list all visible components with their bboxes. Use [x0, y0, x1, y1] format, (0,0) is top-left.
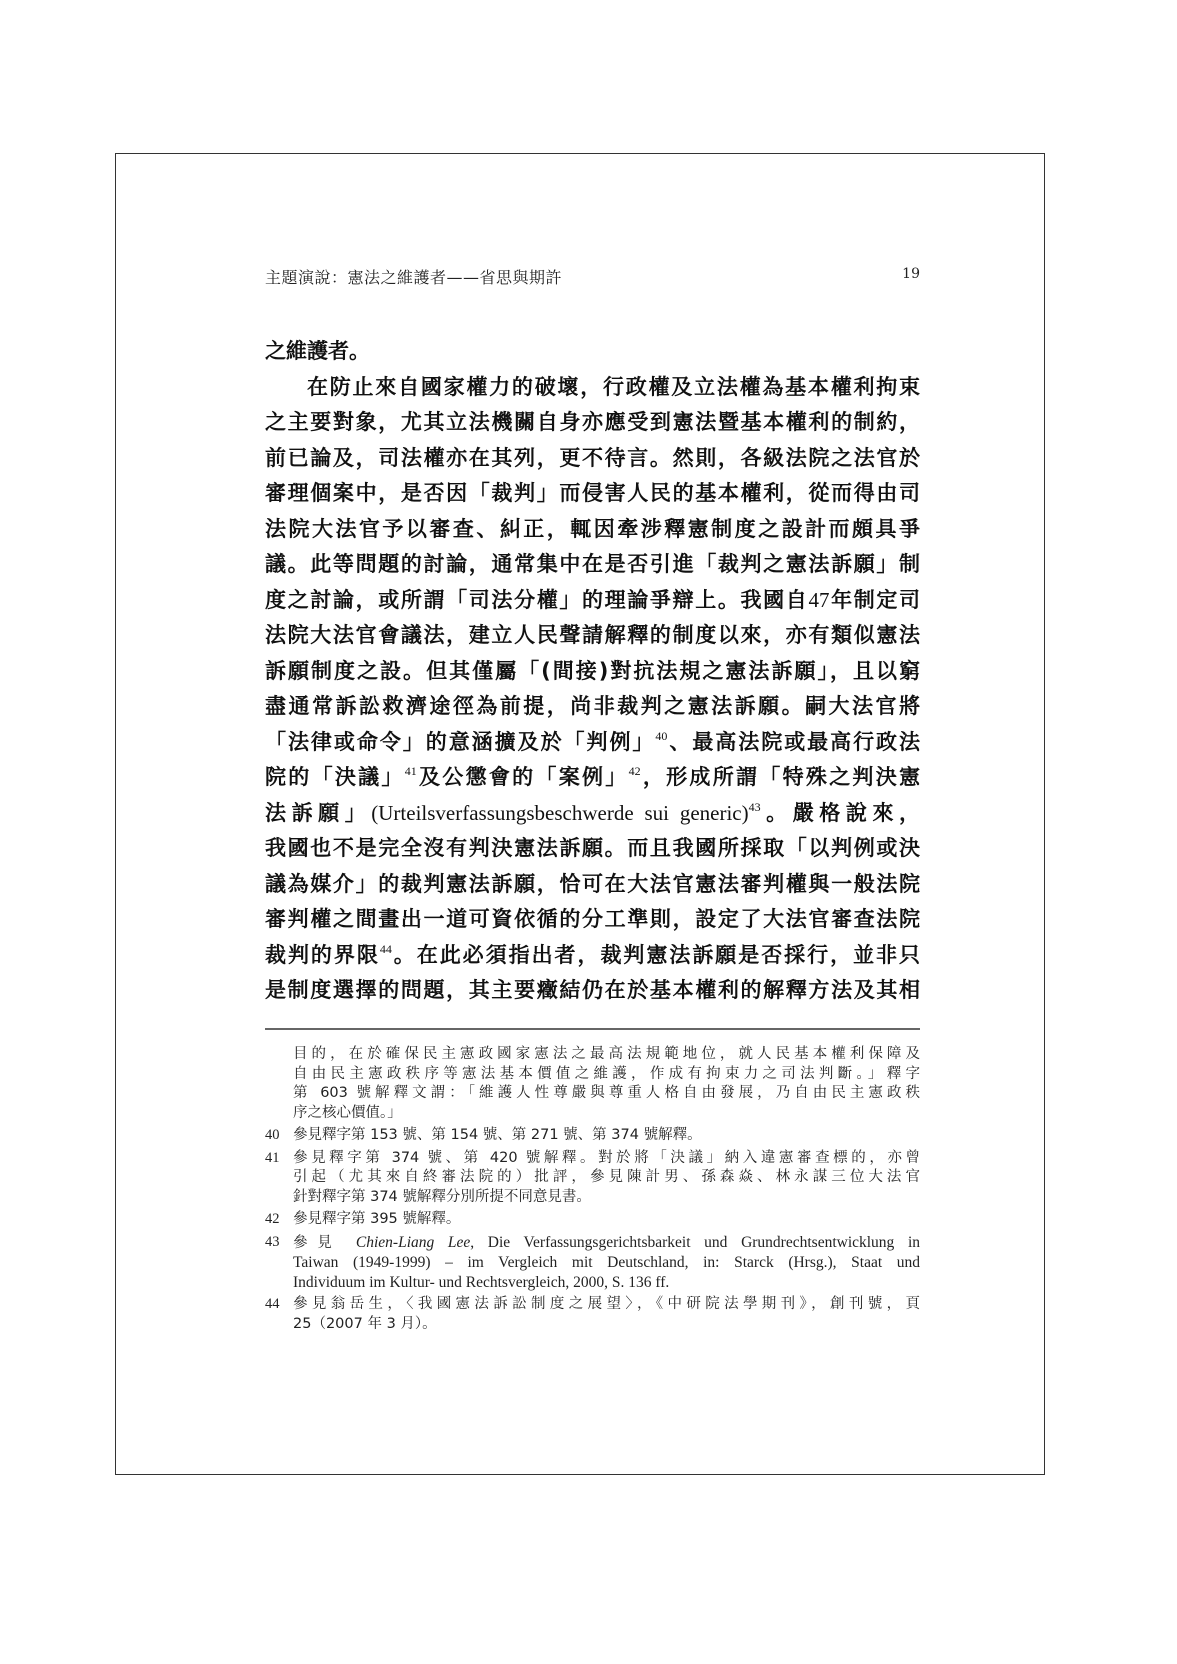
- footnote-text: 參見釋字第 374 號、第 420 號解釋。對於將「決議」納入違憲審查標的，亦曾…: [293, 1149, 920, 1208]
- text-run: 訴願制度之設。但其僅屬「(間接)對抗法規之憲法訴願」，且以窮: [265, 659, 920, 683]
- footnote-number: 40: [265, 1126, 280, 1146]
- footnote-42: 42 參見釋字第 395 號解釋。: [265, 1210, 920, 1230]
- footnote-41: 41 參見釋字第 374 號、第 420 號解釋。對於將「決議」納入違憲審查標的…: [265, 1149, 920, 1208]
- footnote-line: Taiwan (1949-1999) – im Vergleich mit De…: [293, 1253, 920, 1273]
- footnote-line: 序之核心價值。」: [293, 1104, 920, 1124]
- body-line: 盡通常訴訟救濟途徑為前提，尚非裁判之憲法訴願。嗣大法官將: [265, 689, 920, 725]
- footnote-line: 自由民主憲政秩序等憲法基本價值之維護，作成有拘束力之司法判斷。」釋字: [293, 1065, 920, 1085]
- body-line: 前已論及，司法權亦在其列，更不待言。然則，各級法院之法官於: [265, 441, 920, 477]
- footnote-number: 44: [265, 1295, 280, 1315]
- body-line: 訴願制度之設。但其僅屬「(間接)對抗法規之憲法訴願」，且以窮: [265, 654, 920, 690]
- body-line: 議。此等問題的討論，通常集中在是否引進「裁判之憲法訴願」制: [265, 547, 920, 583]
- running-head-title: 主題演說：憲法之維護者——省思與期許: [265, 265, 562, 288]
- footnote-ref-41[interactable]: 41: [405, 764, 417, 778]
- footnote-44: 44 參見翁岳生，〈我國憲法訴訟制度之展望〉，《中研院法學期刊》，創刊號，頁 2…: [265, 1295, 920, 1334]
- body-line: 度之討論，或所謂「司法分權」的理論爭辯上。我國自47年制定司: [265, 583, 920, 619]
- text-run: 議為媒介」的裁判憲法訴願，恰可在大法官憲法審判權與一般法院: [265, 872, 920, 896]
- body-line: 法訴願」(Urteilsverfassungsbeschwerde sui ge…: [265, 796, 920, 832]
- body-line: 法院大法官予以審查、糾正，輒因牽涉釋憲制度之設計而頗具爭: [265, 512, 920, 548]
- footnote-line: 參見釋字第 395 號解釋。: [293, 1210, 920, 1230]
- footnote-line: 第 603 號解釋文謂：「維護人性尊嚴與尊重人格自由發展，乃自由民主憲政秩: [293, 1084, 920, 1104]
- text-run: 之主要對象，尤其立法機關自身亦應受到憲法暨基本權利的制約，: [265, 410, 920, 434]
- body-line: 之主要對象，尤其立法機關自身亦應受到憲法暨基本權利的制約，: [265, 405, 920, 441]
- footnote-ref-42[interactable]: 42: [629, 764, 641, 778]
- body-line: 議為媒介」的裁判憲法訴願，恰可在大法官憲法審判權與一般法院: [265, 867, 920, 903]
- text-run: 審判權之間畫出一道可資依循的分工準則，設定了大法官審查法院: [265, 907, 920, 931]
- footnote-line: 參見釋字第 153 號、第 154 號、第 271 號、第 374 號解釋。: [293, 1126, 920, 1146]
- text-run: 年制定司: [829, 588, 920, 612]
- footnote-line: 引起（尤其來自終審法院的）批評，參見陳計男、孫森焱、林永謀三位大法官: [293, 1168, 920, 1188]
- footnote-number: 41: [265, 1149, 280, 1169]
- page-number: 19: [902, 266, 920, 282]
- text-run: , Die Verfassungsgerichtsbarkeit und Gru…: [470, 1234, 920, 1251]
- text-run: 。在此必須指出者，裁判憲法訴願是否採行，並非只: [392, 943, 920, 967]
- footnote-text: 參見釋字第 153 號、第 154 號、第 271 號、第 374 號解釋。: [293, 1126, 920, 1146]
- footnote-ref-40[interactable]: 40: [655, 729, 667, 743]
- text-run: 法院大法官予以審查、糾正，輒因牽涉釋憲制度之設計而頗具爭: [265, 517, 920, 541]
- footnote-line: Individuum im Kultur- und Rechtsvergleic…: [293, 1273, 920, 1293]
- footnote-line: 25（2007 年 3 月）。: [293, 1315, 920, 1335]
- text-run: 院的「決議」: [265, 765, 405, 789]
- body-line: 法院大法官會議法，建立人民聲請解釋的制度以來，亦有類似憲法: [265, 618, 920, 654]
- footnote-line: 目的，在於確保民主憲政國家憲法之最高法規範地位，就人民基本權利保障及: [293, 1045, 920, 1065]
- text-run: 審理個案中，是否因「裁判」而侵害人民的基本權利，從而得由司: [265, 481, 920, 505]
- text-run: 議。此等問題的討論，通常集中在是否引進「裁判之憲法訴願」制: [265, 552, 920, 576]
- body-line: 審理個案中，是否因「裁判」而侵害人民的基本權利，從而得由司: [265, 476, 920, 512]
- text-run: 法訴願」: [265, 801, 371, 825]
- footnote-43: 43 參見 Chien-Liang Lee, Die Verfassungsge…: [265, 1233, 920, 1293]
- german-term: (Urteilsverfassungsbeschwerde sui generi…: [371, 801, 748, 825]
- text-run: 我國也不是完全沒有判決憲法訴願。而且我國所採取「以判例或決: [265, 836, 920, 860]
- text-run: 盡通常訴訟救濟途徑為前提，尚非裁判之憲法訴願。嗣大法官將: [265, 694, 920, 718]
- text-run: 裁判的界限: [265, 943, 380, 967]
- body-line: 是制度選擇的問題，其主要癥結仍在於基本權利的解釋方法及其相: [265, 973, 920, 1009]
- footnote-line: 參見 Chien-Liang Lee, Die Verfassungsgeric…: [293, 1233, 920, 1254]
- text-run: 法院大法官會議法，建立人民聲請解釋的制度以來，亦有類似憲法: [265, 623, 920, 647]
- footnote-number: 43: [265, 1233, 280, 1253]
- text-run: 在防止來自國家權力的破壞，行政權及立法權為基本權利拘束: [307, 375, 920, 399]
- text-run: 。嚴格說來，: [761, 801, 920, 825]
- footnote-ref-43[interactable]: 43: [749, 800, 761, 814]
- body-line: 審判權之間畫出一道可資依循的分工準則，設定了大法官審查法院: [265, 902, 920, 938]
- year-number: 47: [808, 588, 829, 612]
- body-line: 之維護者。: [265, 334, 920, 370]
- body-line: 院的「決議」41及公懲會的「案例」42，形成所謂「特殊之判決憲: [265, 760, 920, 796]
- body-text: 之維護者。 在防止來自國家權力的破壞，行政權及立法權為基本權利拘束 之主要對象，…: [265, 334, 920, 1009]
- footnote-text: 參見 Chien-Liang Lee, Die Verfassungsgeric…: [293, 1233, 920, 1293]
- text-run: 前已論及，司法權亦在其列，更不待言。然則，各級法院之法官於: [265, 446, 920, 470]
- text-run: 「法律或命令」的意涵擴及於「判例」: [265, 730, 655, 754]
- text-run: 是制度選擇的問題，其主要癥結仍在於基本權利的解釋方法及其相: [265, 978, 920, 1002]
- body-line: 「法律或命令」的意涵擴及於「判例」40、最高法院或最高行政法: [265, 725, 920, 761]
- text-run: ，形成所謂「特殊之判決憲: [641, 765, 920, 789]
- text-run: 度之討論，或所謂「司法分權」的理論爭辯上。我國自: [265, 588, 808, 612]
- footnote-continued: 目的，在於確保民主憲政國家憲法之最高法規範地位，就人民基本權利保障及 自由民主憲…: [265, 1045, 920, 1123]
- body-line: 我國也不是完全沒有判決憲法訴願。而且我國所採取「以判例或決: [265, 831, 920, 867]
- footnote-line: 針對釋字第 374 號解釋分別所提不同意見書。: [293, 1188, 920, 1208]
- footnote-number: 42: [265, 1210, 280, 1230]
- footnote-40: 40 參見釋字第 153 號、第 154 號、第 271 號、第 374 號解釋…: [265, 1126, 920, 1146]
- footnote-ref-44[interactable]: 44: [380, 942, 392, 956]
- footnote-line: 參見翁岳生，〈我國憲法訴訟制度之展望〉，《中研院法學期刊》，創刊號，頁: [293, 1295, 920, 1315]
- footnote-separator: [265, 1028, 920, 1030]
- text-run: 之維護者。: [265, 339, 370, 363]
- body-line: 裁判的界限44。在此必須指出者，裁判憲法訴願是否採行，並非只: [265, 938, 920, 974]
- footnote-line: 參見釋字第 374 號、第 420 號解釋。對於將「決議」納入違憲審查標的，亦曾: [293, 1149, 920, 1169]
- body-line: 在防止來自國家權力的破壞，行政權及立法權為基本權利拘束: [265, 370, 920, 406]
- text-run: 及公懲會的「案例」: [417, 765, 629, 789]
- text-run: 、最高法院或最高行政法: [667, 730, 920, 754]
- footnote-text: 參見釋字第 395 號解釋。: [293, 1210, 920, 1230]
- running-header: 主題演說：憲法之維護者——省思與期許 19: [265, 265, 920, 289]
- text-run: 參見: [293, 1235, 356, 1251]
- footnote-text: 參見翁岳生，〈我國憲法訴訟制度之展望〉，《中研院法學期刊》，創刊號，頁 25（2…: [293, 1295, 920, 1334]
- footnotes: 目的，在於確保民主憲政國家憲法之最高法規範地位，就人民基本權利保障及 自由民主憲…: [265, 1045, 920, 1334]
- author-name: Chien-Liang Lee: [356, 1234, 470, 1251]
- footnote-text: 目的，在於確保民主憲政國家憲法之最高法規範地位，就人民基本權利保障及 自由民主憲…: [293, 1045, 920, 1123]
